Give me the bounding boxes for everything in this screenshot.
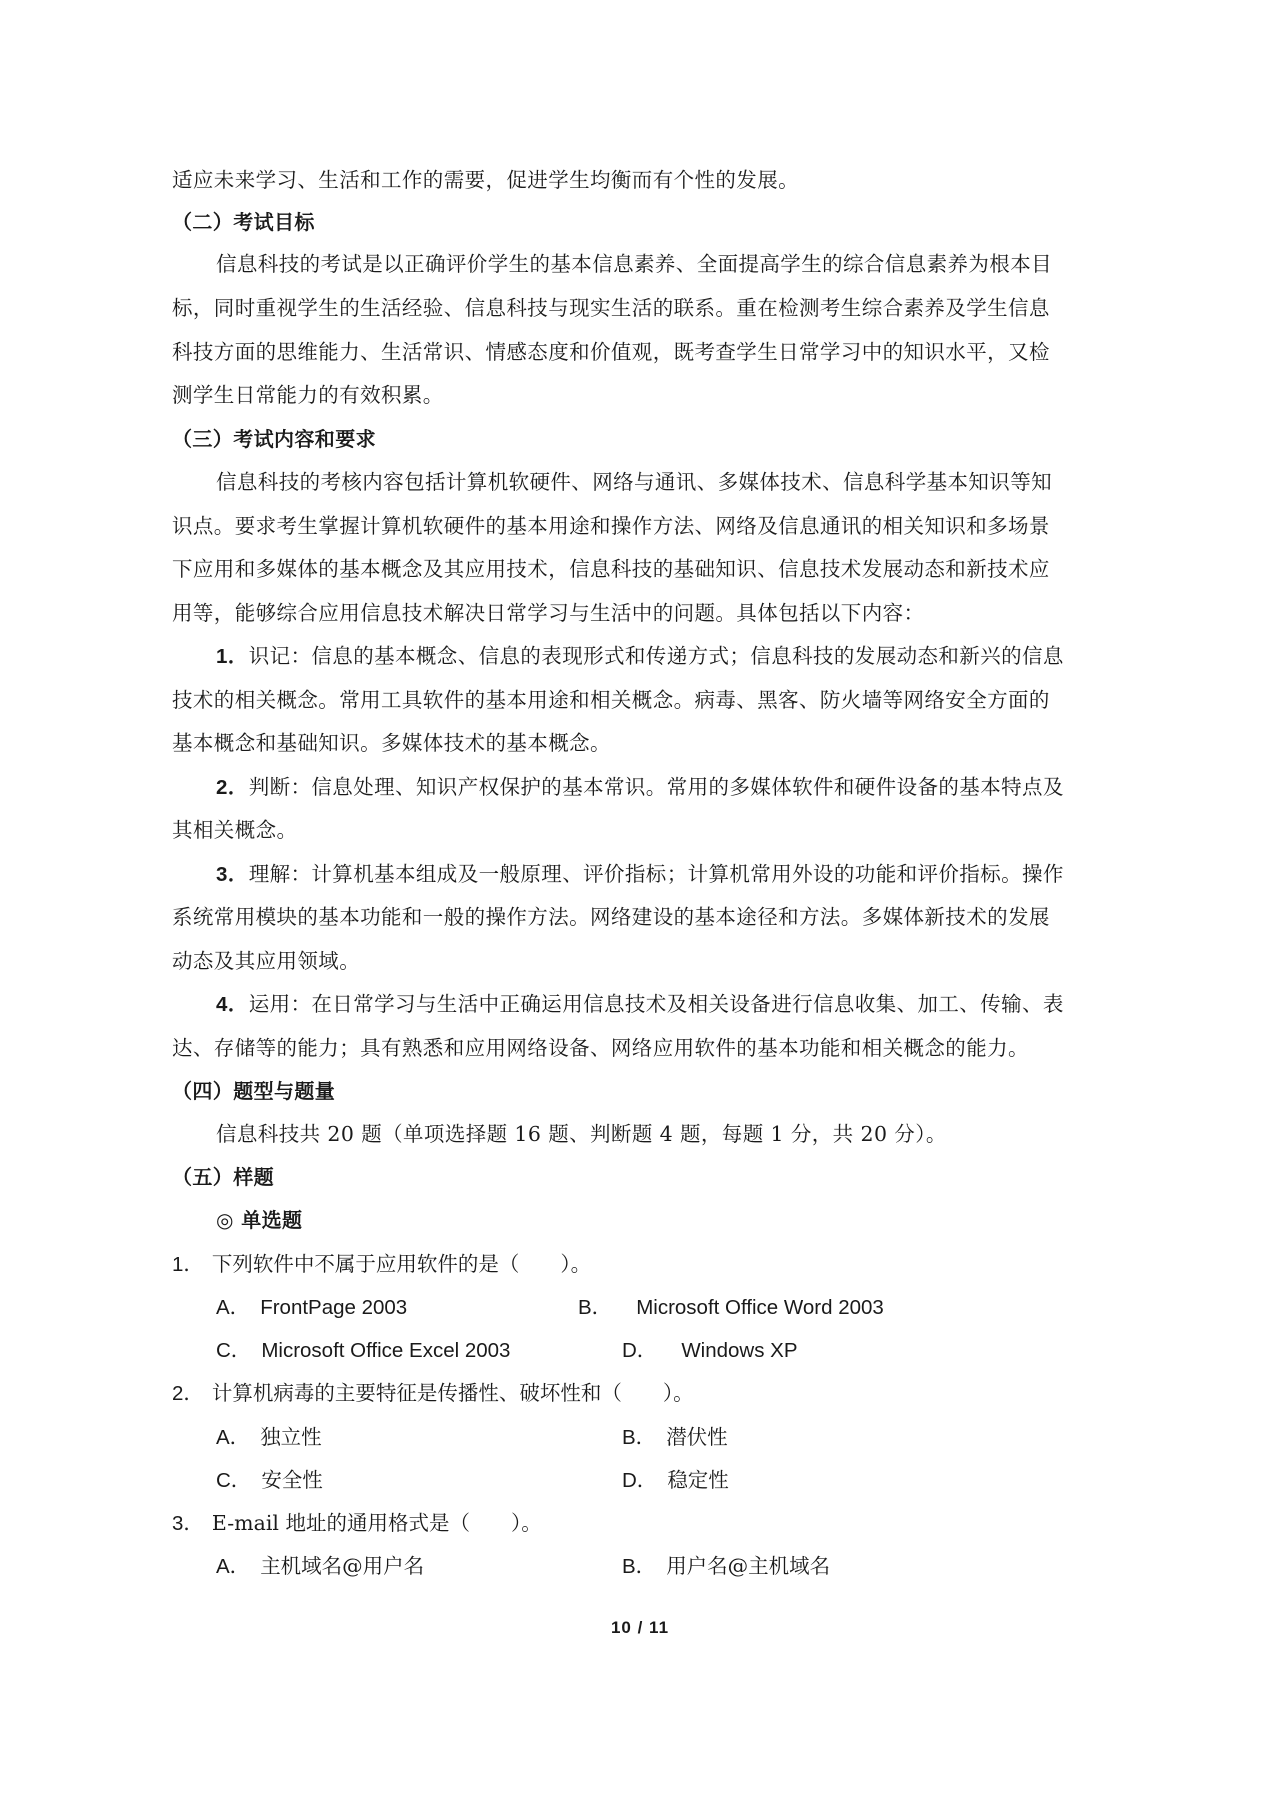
item-number: 1． (216, 645, 249, 668)
intro-paragraph-tail: 适应未来学习、生活和工作的需要，促进学生均衡而有个性的发展。 (172, 166, 799, 194)
item-number: 3． (216, 863, 249, 886)
section-heading-types: （四）题型与题量 (172, 1077, 335, 1105)
content-paragraph-line: 下应用和多媒体的基本概念及其应用技术，信息科技的基础知识、信息技术发展动态和新技… (172, 555, 1050, 583)
content-item-3-line: 动态及其应用领域。 (172, 947, 360, 975)
section-heading-samples: （五）样题 (172, 1163, 274, 1191)
item-text: 判断：信息处理、知识产权保护的基本常识。常用的多媒体软件和硬件设备的基本特点及 (249, 775, 1064, 799)
question-1-option-d: D．Windows XP (622, 1336, 798, 1365)
goal-paragraph-line: 测学生日常能力的有效积累。 (172, 381, 444, 409)
item-number: 4． (216, 993, 249, 1016)
question-1: 1．下列软件中不属于应用软件的是（ ）。 (172, 1250, 591, 1279)
section-heading-goal: （二）考试目标 (172, 208, 315, 236)
document-page: 适应未来学习、生活和工作的需要，促进学生均衡而有个性的发展。 （二）考试目标 信… (0, 0, 1280, 1810)
content-item-1: 1．识记：信息的基本概念、信息的表现形式和传递方式；信息科技的发展动态和新兴的信… (216, 642, 1064, 671)
question-2-option-d: D．稳定性 (622, 1466, 729, 1495)
item-text: 识记：信息的基本概念、信息的表现形式和传递方式；信息科技的发展动态和新兴的信息 (249, 644, 1064, 668)
question-1-option-c: C．Microsoft Office Excel 2003 (216, 1336, 510, 1365)
content-item-2: 2．判断：信息处理、知识产权保护的基本常识。常用的多媒体软件和硬件设备的基本特点… (216, 773, 1064, 802)
sub-heading-single-choice: ◎ 单选题 (216, 1206, 302, 1234)
content-item-3-line: 系统常用模块的基本功能和一般的操作方法。网络建设的基本途径和方法。多媒体新技术的… (172, 903, 1050, 931)
content-item-1-line: 技术的相关概念。常用工具软件的基本用途和相关概念。病毒、黑客、防火墙等网络安全方… (172, 686, 1050, 714)
content-item-1-line: 基本概念和基础知识。多媒体技术的基本概念。 (172, 729, 611, 757)
question-3: 3．E-mail 地址的通用格式是（ ）。 (172, 1509, 542, 1538)
content-paragraph-line: 用等，能够综合应用信息技术解决日常学习与生活中的问题。具体包括以下内容： (172, 599, 924, 627)
question-1-option-a: A．FrontPage 2003 (216, 1293, 407, 1322)
question-1-option-b: B．Microsoft Office Word 2003 (578, 1293, 884, 1322)
page-indicator: 10 / 11 (0, 1618, 1280, 1638)
item-text: 理解：计算机基本组成及一般原理、评价指标；计算机常用外设的功能和评价指标。操作 (249, 862, 1064, 886)
question-text: 下列软件中不属于应用软件的是（ ）。 (212, 1252, 591, 1276)
item-text: 运用：在日常学习与生活中正确运用信息技术及相关设备进行信息收集、加工、传输、表 (249, 992, 1064, 1016)
question-3-option-b: B．用户名@主机域名 (622, 1552, 830, 1581)
question-3-option-a: A．主机域名@用户名 (216, 1552, 424, 1581)
question-2: 2．计算机病毒的主要特征是传播性、破坏性和（ ）。 (172, 1379, 694, 1408)
content-item-4: 4．运用：在日常学习与生活中正确运用信息技术及相关设备进行信息收集、加工、传输、… (216, 990, 1064, 1019)
goal-paragraph-line: 信息科技的考试是以正确评价学生的基本信息素养、全面提高学生的综合信息素养为根本目 (216, 250, 1052, 278)
question-2-option-b: B．潜伏性 (622, 1423, 728, 1452)
question-2-option-a: A．独立性 (216, 1423, 322, 1452)
goal-paragraph-line: 科技方面的思维能力、生活常识、情感态度和价值观，既考查学生日常学习中的知识水平，… (172, 338, 1050, 366)
content-item-4-line: 达、存储等的能力；具有熟悉和应用网络设备、网络应用软件的基本功能和相关概念的能力… (172, 1034, 1029, 1062)
question-2-option-c: C．安全性 (216, 1466, 323, 1495)
question-number: 3． (172, 1512, 204, 1535)
question-text: E-mail 地址的通用格式是（ ）。 (212, 1511, 542, 1535)
item-number: 2． (216, 776, 249, 799)
section-heading-content: （三）考试内容和要求 (172, 425, 376, 453)
content-item-3: 3．理解：计算机基本组成及一般原理、评价指标；计算机常用外设的功能和评价指标。操… (216, 860, 1064, 889)
question-text: 计算机病毒的主要特征是传播性、破坏性和（ ）。 (212, 1381, 694, 1405)
content-item-2-line: 其相关概念。 (172, 816, 297, 844)
question-number: 1． (172, 1253, 204, 1276)
question-number: 2． (172, 1382, 204, 1405)
content-paragraph-line: 识点。要求考生掌握计算机软硬件的基本用途和操作方法、网络及信息通讯的相关知识和多… (172, 512, 1050, 540)
goal-paragraph-line: 标，同时重视学生的生活经验、信息科技与现实生活的联系。重在检测考生综合素养及学生… (172, 294, 1050, 322)
types-paragraph: 信息科技共 20 题（单项选择题 16 题、判断题 4 题，每题 1 分，共 2… (216, 1120, 947, 1148)
content-paragraph-line: 信息科技的考核内容包括计算机软硬件、网络与通讯、多媒体技术、信息科学基本知识等知 (216, 468, 1052, 496)
